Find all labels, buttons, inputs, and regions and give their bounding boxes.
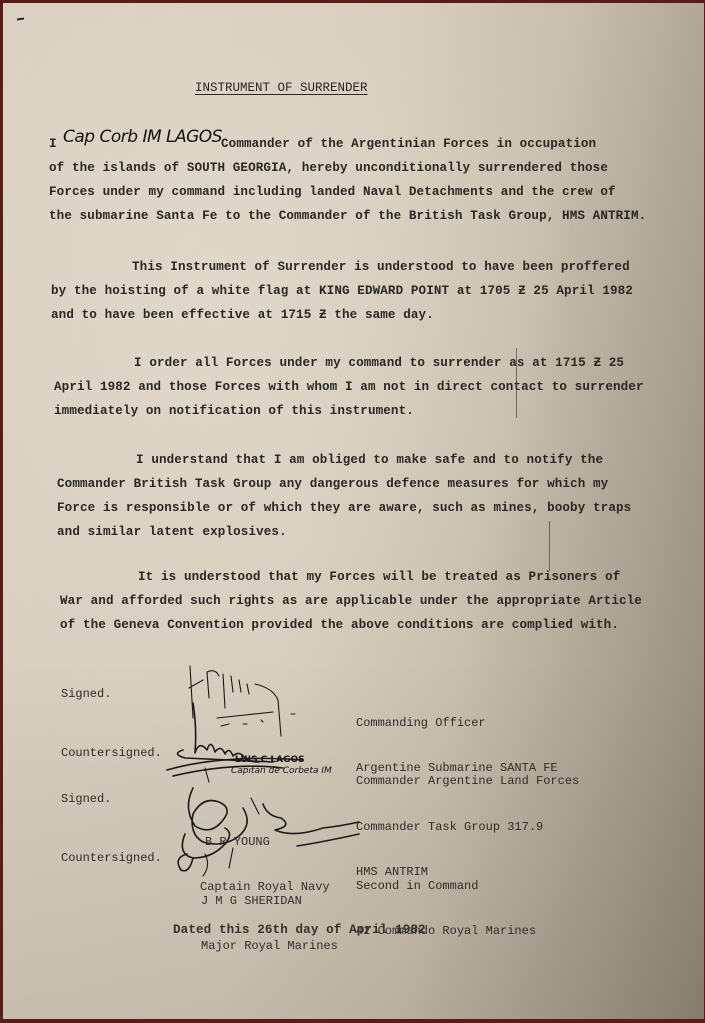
signature-label-1: Signed. [61, 687, 111, 701]
document-page: INSTRUMENT OF SURRENDER I Cap Corb IM LA… [3, 3, 704, 1019]
paragraph-1-line-4: the submarine Santa Fe to the Commander … [49, 209, 646, 223]
name-line: Major Royal Marines [201, 939, 338, 954]
paragraph-1-line-3: Forces under my command including landed… [49, 185, 616, 199]
signature-label-4: Countersigned. [61, 851, 162, 865]
date-line: Dated this 26th day of April 1982 [173, 923, 426, 937]
paragraph-4-line-2: Commander British Task Group any dangero… [57, 477, 608, 491]
paragraph-4-line-3: Force is responsible or of which they ar… [57, 501, 631, 515]
role-line: Commanding Officer [356, 716, 558, 731]
role-line: Commander Task Group 317.9 [356, 820, 543, 835]
paragraph-2-line-3: and to have been effective at 1715 Ƶ the… [51, 308, 434, 322]
role-line: Second in Command [356, 879, 536, 894]
paragraph-3-line-1: I order all Forces under my command to s… [134, 356, 624, 370]
paragraph-1-line-2: of the islands of SOUTH GEORGIA, hereby … [49, 161, 608, 175]
document-title: INSTRUMENT OF SURRENDER [195, 81, 368, 95]
paragraph-3-line-2: April 1982 and those Forces with whom I … [54, 380, 644, 394]
paragraph-1-prefix: I [49, 137, 57, 151]
signature-role-4: Second in Command 42 Commando Royal Mari… [356, 849, 536, 969]
ink-speck [17, 18, 24, 21]
margin-mark [549, 521, 550, 571]
signature-label-3: Signed. [61, 792, 111, 806]
paragraph-3-line-3: immediately on notification of this inst… [54, 404, 414, 418]
paragraph-5-line-2: War and afforded such rights as are appl… [60, 594, 642, 608]
paragraph-2-line-1: This Instrument of Surrender is understo… [132, 260, 630, 274]
paragraph-5-line-1: It is understood that my Forces will be … [138, 570, 620, 584]
paragraph-1-line-1: Commander of the Argentinian Forces in o… [221, 137, 596, 151]
paragraph-2-line-2: by the hoisting of a white flag at KING … [51, 284, 633, 298]
signature-label-2: Countersigned. [61, 746, 162, 760]
role-line: Commander Argentine Land Forces [356, 774, 579, 789]
paragraph-5-line-3: of the Geneva Convention provided the ab… [60, 618, 619, 632]
handwritten-name: Cap Corb IM LAGOS [63, 127, 222, 147]
margin-mark [516, 348, 517, 418]
paragraph-4-line-4: and similar latent explosives. [57, 525, 287, 539]
handwritten-signatures-icon [163, 658, 373, 898]
paragraph-4-line-1: I understand that I am obliged to make s… [136, 453, 603, 467]
